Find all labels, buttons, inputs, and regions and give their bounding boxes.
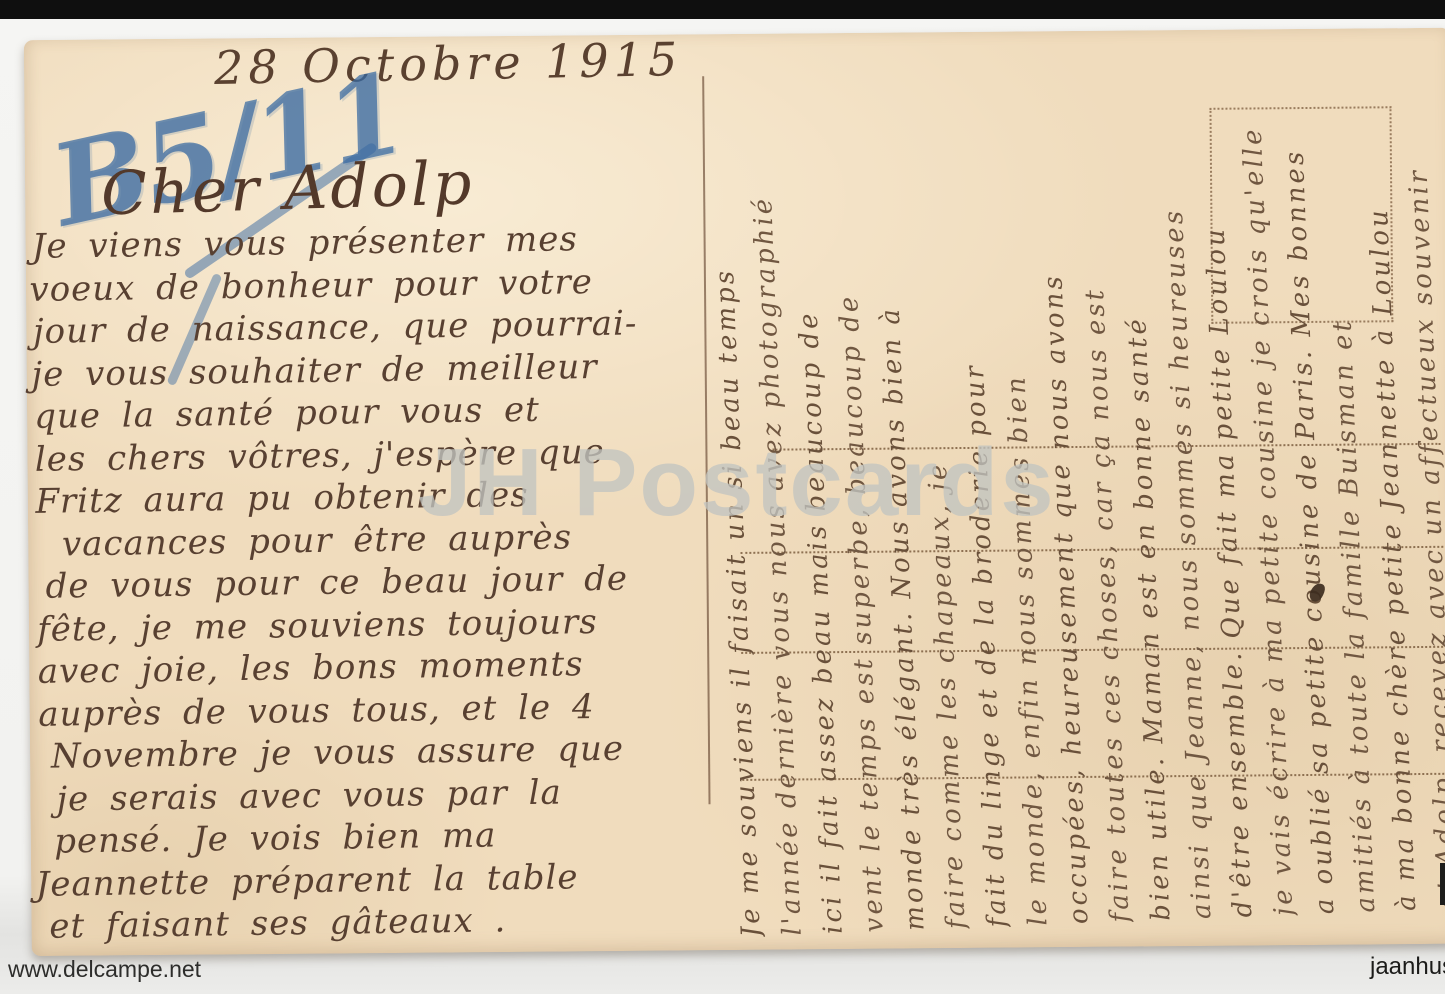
watermark-bottom-right: jaanhus xyxy=(1370,953,1445,981)
scan-edge-sliver xyxy=(1440,863,1445,905)
watermark-bottom-left: www.delcampe.net xyxy=(8,956,201,983)
watermark-center: JH Postcards xyxy=(418,428,1056,538)
scanned-postcard-page: 28 Octobre 1915 B5/11 Cher Adolp Je vien… xyxy=(0,0,1445,994)
